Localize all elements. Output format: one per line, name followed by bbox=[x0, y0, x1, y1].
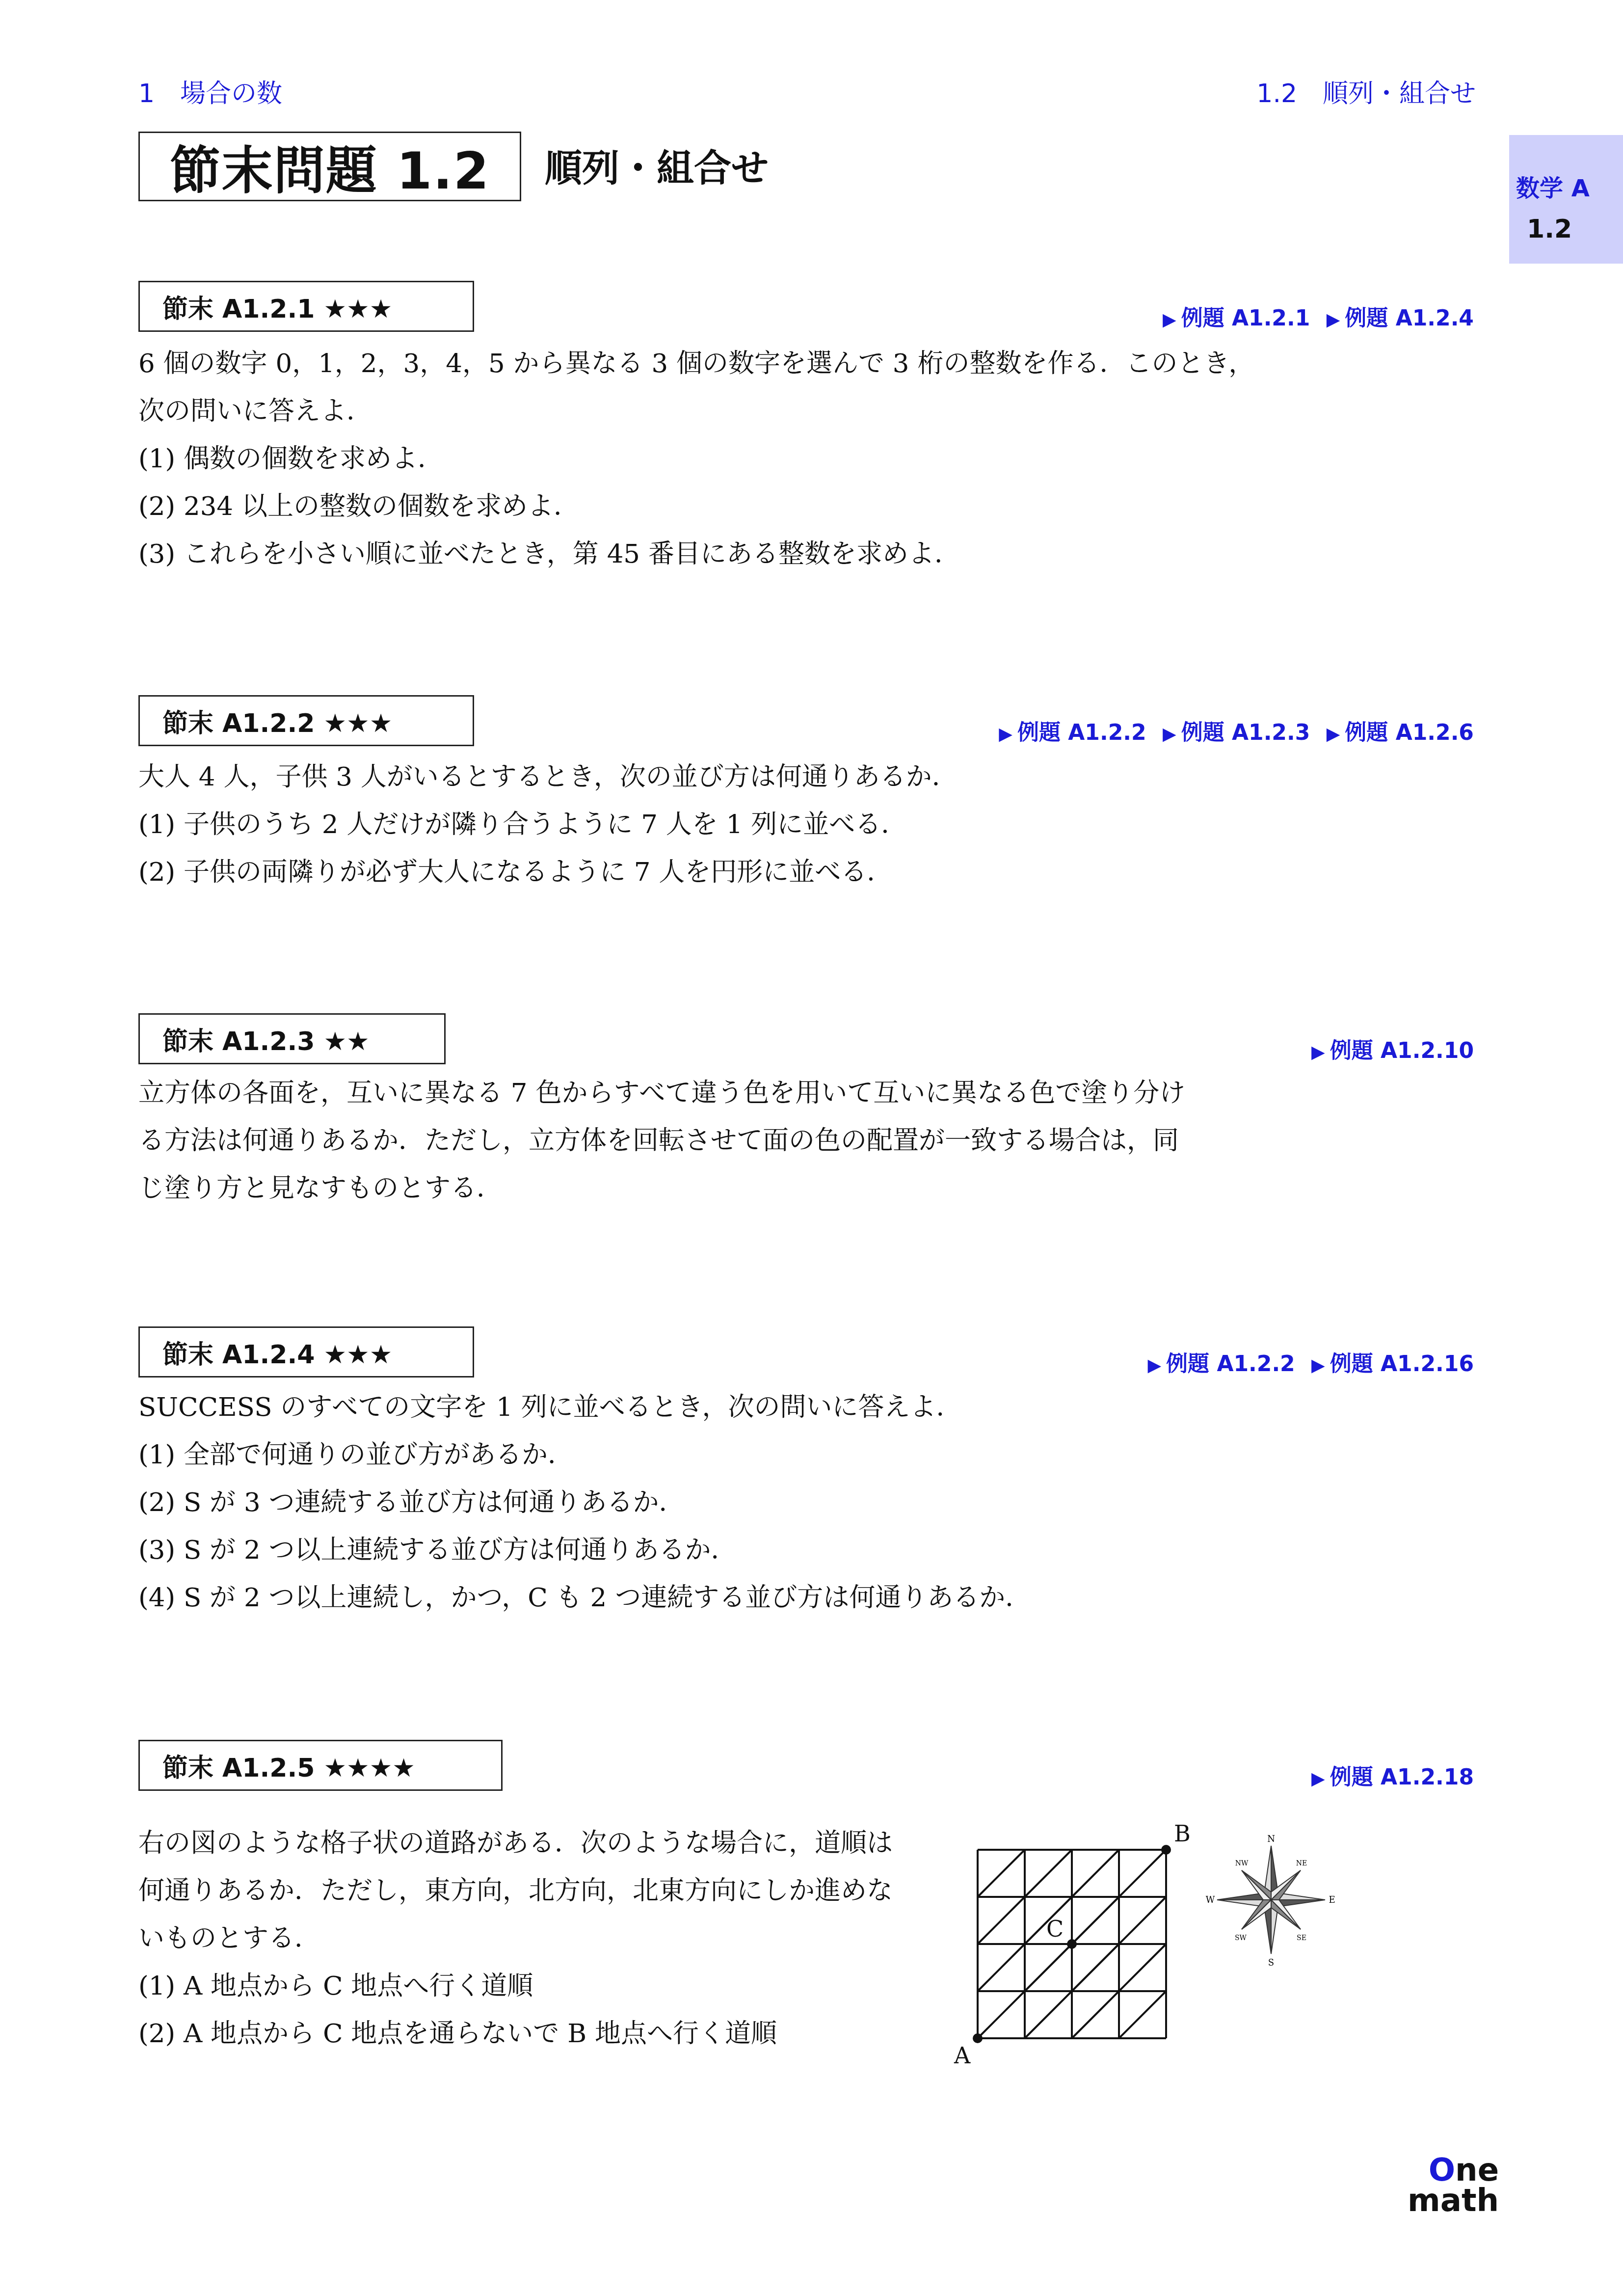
problem-text-line: る方法は何通りあるか．ただし，立方体を回転させて面の色の配置が一致する場合は，同 bbox=[138, 1117, 1185, 1164]
ref-link[interactable]: 例題 A1.2.4 bbox=[1345, 306, 1474, 331]
side-tab: 数学 A 1.2 bbox=[1509, 135, 1623, 264]
side-tab-subject: 数学 A bbox=[1516, 169, 1590, 203]
triangle-right-icon: ▶ bbox=[999, 724, 1012, 744]
problem-body-3: 立方体の各面を，互いに異なる 7 色からすべて違う色を用いて互いに異なる色で塗り… bbox=[138, 1069, 1185, 1212]
problem-text-line: 6 個の数字 0，1，2，3，4，5 から異なる 3 個の数字を選んで 3 桁の… bbox=[138, 340, 1254, 387]
compass-rose-icon: N S E W NW NE SW SE bbox=[1197, 1826, 1345, 1973]
problem-text-line: (1) 全部で何通りの並び方があるか． bbox=[138, 1431, 1031, 1479]
problem-text-line: (2) 子供の両隣りが必ず大人になるように 7 人を円形に並べる． bbox=[138, 848, 958, 896]
problem-body-1: 6 個の数字 0，1，2，3，4，5 から異なる 3 個の数字を選んで 3 桁の… bbox=[138, 340, 1254, 578]
problem-refs-4: ▶例題 A1.2.2 ▶例題 A1.2.16 bbox=[1139, 1346, 1474, 1378]
ref-link[interactable]: 例題 A1.2.6 bbox=[1345, 720, 1474, 745]
problem-refs-2: ▶例題 A1.2.2 ▶例題 A1.2.3 ▶例題 A1.2.6 bbox=[990, 715, 1474, 746]
problem-text-line: いものとする． bbox=[138, 1915, 893, 1962]
problem-text-line: 何通りあるか．ただし，東方向，北方向，北東方向にしか進めな bbox=[138, 1867, 893, 1915]
problem-text-line: (2) S が 3 つ連続する並び方は何通りあるか． bbox=[138, 1479, 1031, 1526]
section-title-box: 節末問題 1.2 bbox=[138, 132, 521, 201]
problem-text-line: SUCCESS のすべての文字を 1 列に並べるとき，次の問いに答えよ． bbox=[138, 1383, 1031, 1431]
ref-link[interactable]: 例題 A1.2.10 bbox=[1330, 1038, 1474, 1063]
triangle-right-icon: ▶ bbox=[1311, 1355, 1325, 1376]
triangle-right-icon: ▶ bbox=[1311, 1042, 1325, 1062]
problem-text-line: 右の図のような格子状の道路がある．次のような場合に，道順は bbox=[138, 1819, 893, 1867]
svg-text:SW: SW bbox=[1235, 1934, 1247, 1942]
svg-text:NW: NW bbox=[1235, 1860, 1249, 1867]
problem-label-5: 節末 A1.2.5 ★★★★ bbox=[138, 1740, 503, 1791]
problem-text-line: じ塗り方と見なすものとする． bbox=[138, 1164, 1185, 1212]
compass-n: N bbox=[1267, 1834, 1275, 1844]
problem-refs-3: ▶例題 A1.2.10 bbox=[1303, 1033, 1474, 1064]
problem-text-line: (1) A 地点から C 地点へ行く道順 bbox=[138, 1962, 893, 2010]
problem-text-line: (1) 偶数の個数を求めよ． bbox=[138, 435, 1254, 483]
triangle-right-icon: ▶ bbox=[1311, 1769, 1325, 1789]
triangle-right-icon: ▶ bbox=[1327, 310, 1340, 330]
ref-link[interactable]: 例題 A1.2.1 bbox=[1181, 306, 1310, 331]
triangle-right-icon: ▶ bbox=[1327, 724, 1340, 744]
problem-text-line: 立方体の各面を，互いに異なる 7 色からすべて違う色を用いて互いに異なる色で塗り… bbox=[138, 1069, 1185, 1117]
point-a-label: A bbox=[954, 2042, 970, 2069]
problem-label-4: 節末 A1.2.4 ★★★ bbox=[138, 1326, 474, 1378]
problem-body-5: 右の図のような格子状の道路がある．次のような場合に，道順は 何通りあるか．ただし… bbox=[138, 1819, 893, 2057]
point-a-dot bbox=[973, 2033, 983, 2043]
problem-text-line: 大人 4 人，子供 3 人がいるとするとき，次の並び方は何通りあるか． bbox=[138, 753, 958, 801]
triangle-right-icon: ▶ bbox=[1163, 310, 1176, 330]
compass-s: S bbox=[1268, 1958, 1274, 1968]
triangle-right-icon: ▶ bbox=[1163, 724, 1176, 744]
ref-link[interactable]: 例題 A1.2.2 bbox=[1017, 720, 1146, 745]
ref-link[interactable]: 例題 A1.2.18 bbox=[1330, 1765, 1474, 1790]
problem-text-line: (2) 234 以上の整数の個数を求めよ． bbox=[138, 483, 1254, 530]
problem-text-line: 次の問いに答えよ． bbox=[138, 387, 1254, 435]
problem-text-line: (4) S が 2 つ以上連続し，かつ，C も 2 つ連続する並び方は何通りある… bbox=[138, 1574, 1031, 1621]
running-header-section: 1.2 順列・組合せ bbox=[1256, 73, 1476, 109]
problem-refs-1: ▶例題 A1.2.1 ▶例題 A1.2.4 bbox=[1154, 300, 1474, 332]
compass-e: E bbox=[1329, 1895, 1335, 1905]
problem-body-2: 大人 4 人，子供 3 人がいるとするとき，次の並び方は何通りあるか． (1) … bbox=[138, 753, 958, 896]
problem-text-line: (3) S が 2 つ以上連続する並び方は何通りあるか． bbox=[138, 1526, 1031, 1574]
problem-label-3: 節末 A1.2.3 ★★ bbox=[138, 1013, 446, 1064]
point-c-dot bbox=[1067, 1939, 1077, 1949]
svg-text:NE: NE bbox=[1296, 1860, 1307, 1867]
problem-text-line: (2) A 地点から C 地点を通らないで B 地点へ行く道順 bbox=[138, 2010, 893, 2057]
problem-body-4: SUCCESS のすべての文字を 1 列に並べるとき，次の問いに答えよ． (1)… bbox=[138, 1383, 1031, 1621]
triangle-right-icon: ▶ bbox=[1147, 1355, 1161, 1376]
svg-text:SE: SE bbox=[1297, 1934, 1306, 1942]
point-b-dot bbox=[1161, 1845, 1171, 1855]
problem-label-1: 節末 A1.2.1 ★★★ bbox=[138, 281, 474, 332]
ref-link[interactable]: 例題 A1.2.3 bbox=[1181, 720, 1310, 745]
compass-w: W bbox=[1206, 1895, 1215, 1905]
section-subtitle: 順列・組合せ bbox=[545, 138, 769, 192]
ref-link[interactable]: 例題 A1.2.2 bbox=[1166, 1351, 1295, 1377]
lattice-road-diagram bbox=[942, 1811, 1217, 2077]
running-header-chapter: 1 場合の数 bbox=[138, 73, 282, 109]
side-tab-section: 1.2 bbox=[1527, 215, 1572, 244]
logo-line2: math bbox=[1408, 2186, 1499, 2216]
problem-refs-5: ▶例題 A1.2.18 bbox=[1303, 1759, 1474, 1791]
ref-link[interactable]: 例題 A1.2.16 bbox=[1330, 1351, 1474, 1377]
point-b-label: B bbox=[1174, 1820, 1191, 1847]
onemath-logo: One math bbox=[1408, 2155, 1499, 2216]
logo-line1: One bbox=[1408, 2155, 1499, 2186]
point-c-label: C bbox=[1046, 1916, 1064, 1942]
problem-label-2: 節末 A1.2.2 ★★★ bbox=[138, 695, 474, 746]
problem-text-line: (1) 子供のうち 2 人だけが隣り合うように 7 人を 1 列に並べる． bbox=[138, 801, 958, 848]
problem-text-line: (3) これらを小さい順に並べたとき，第 45 番目にある整数を求めよ． bbox=[138, 530, 1254, 578]
